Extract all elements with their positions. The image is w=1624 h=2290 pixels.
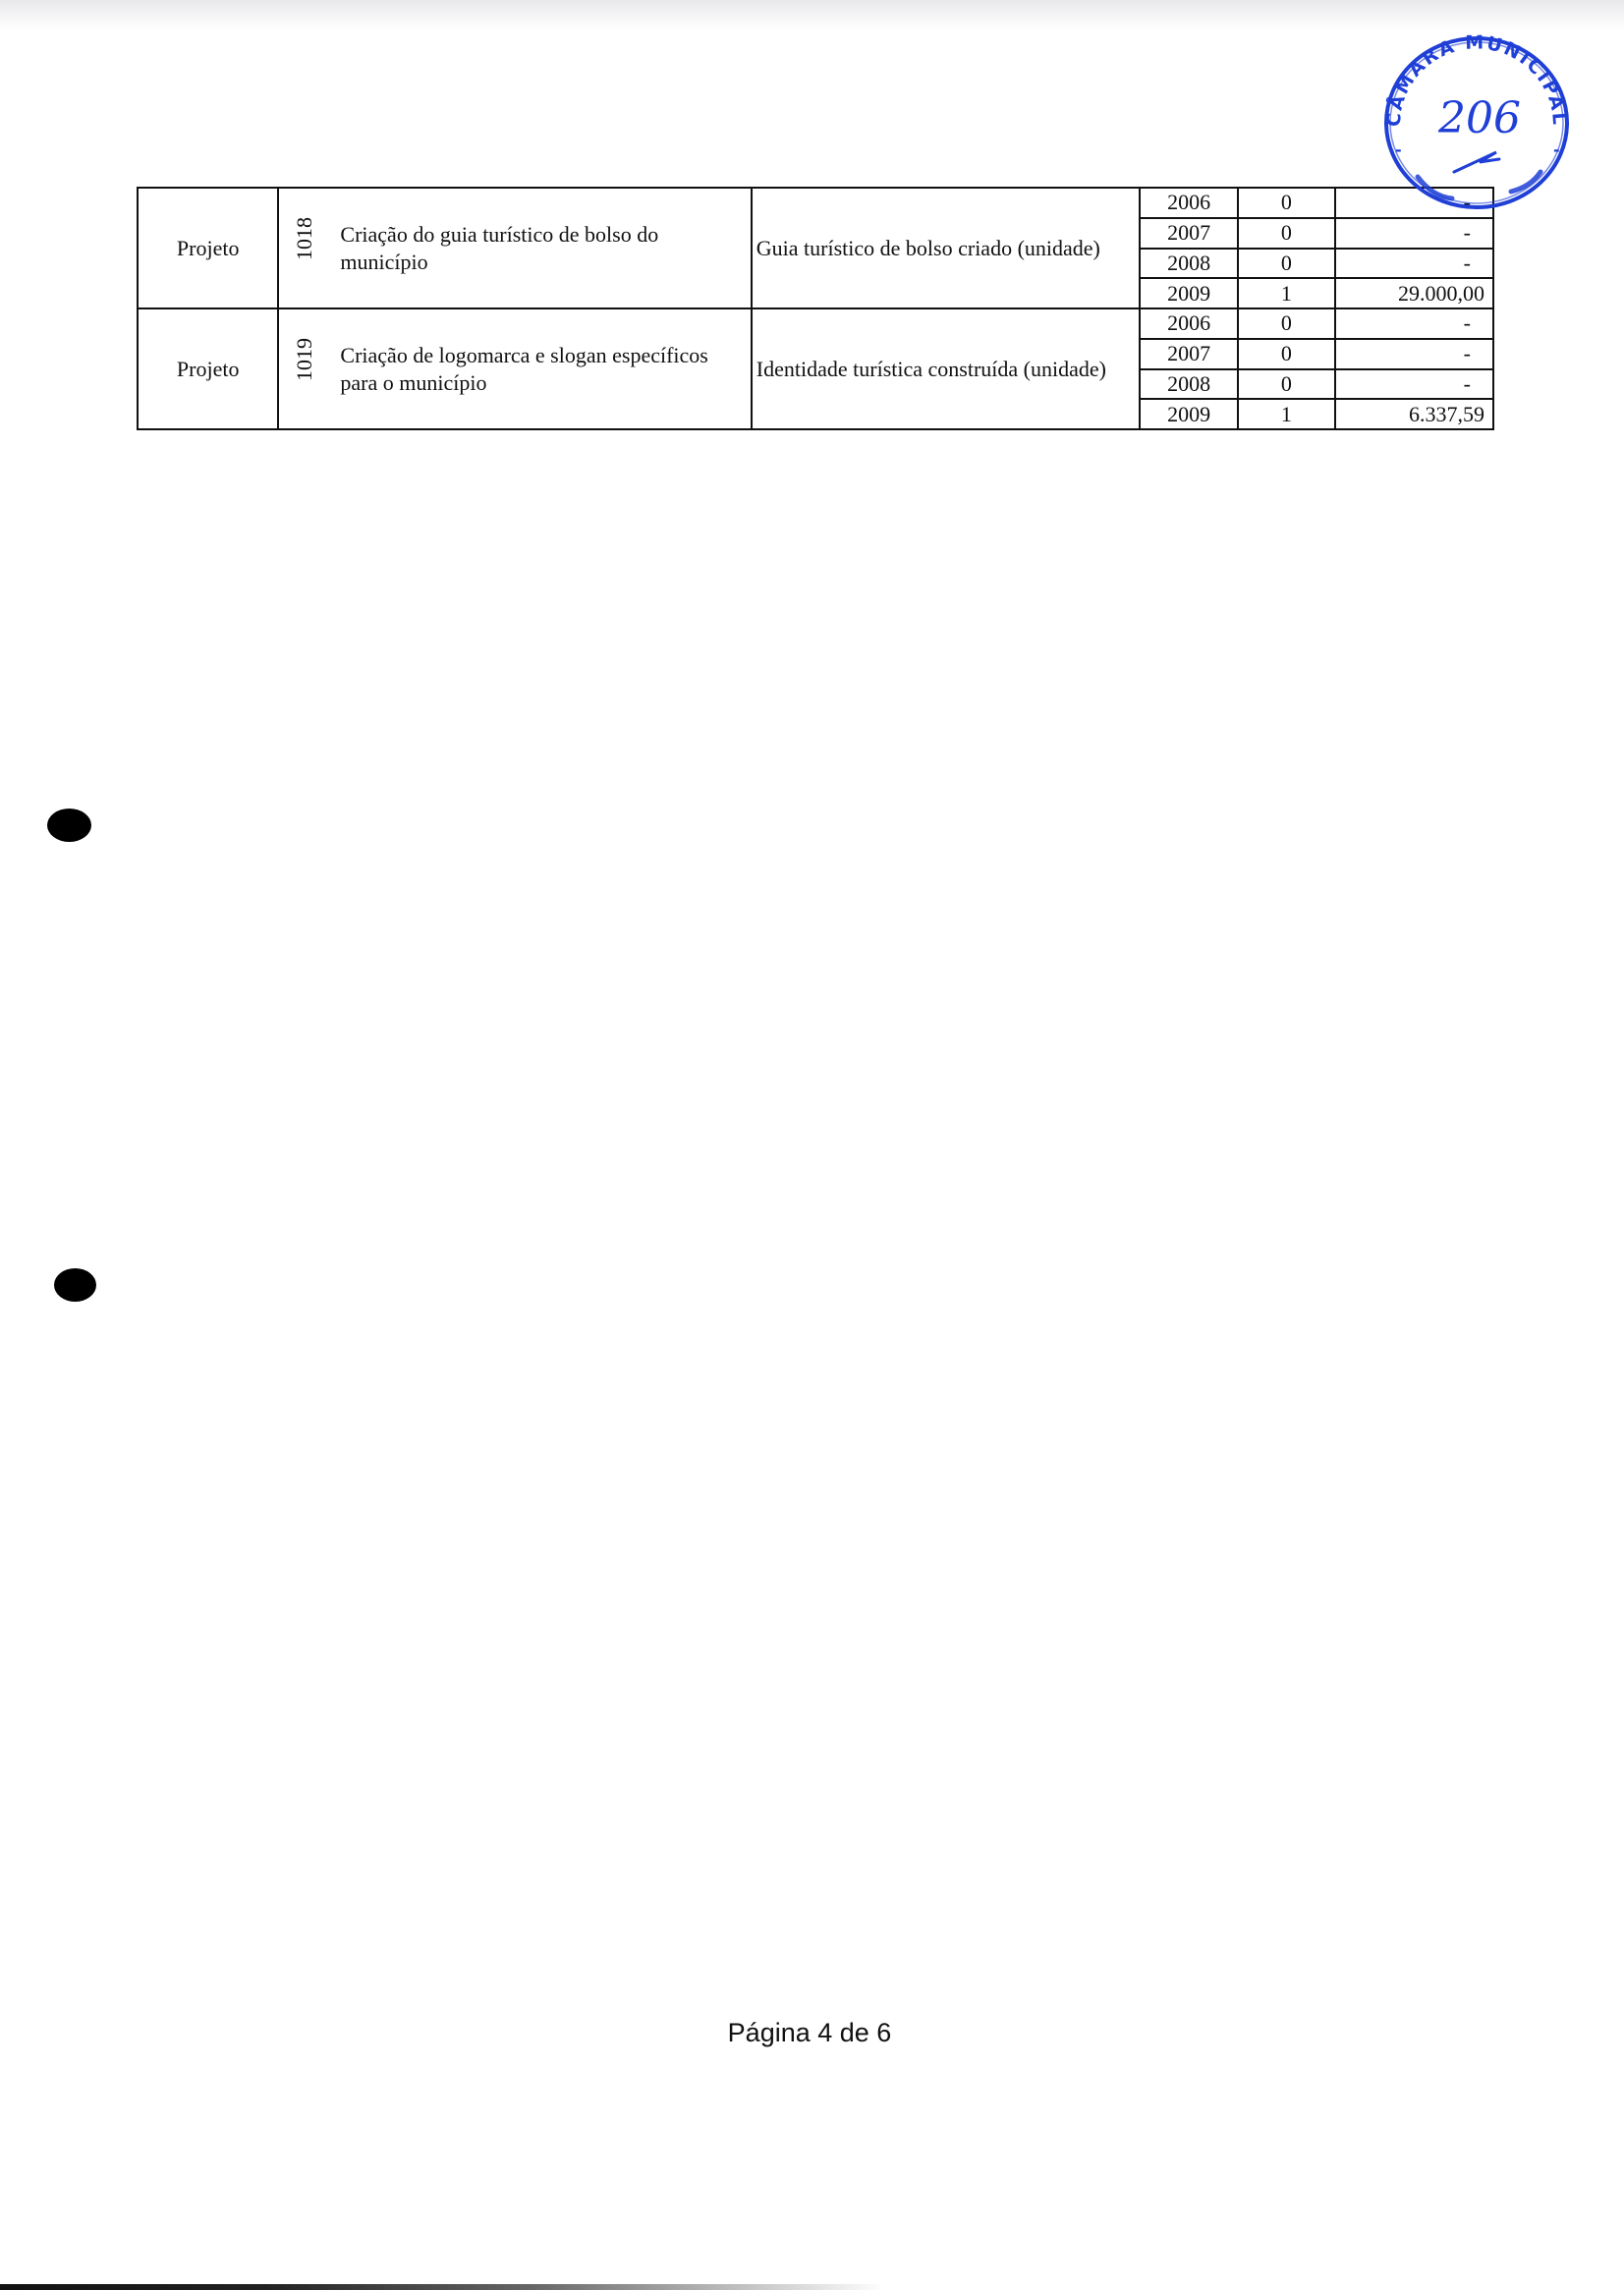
value: -	[1335, 339, 1494, 369]
page-number: Página 4 de 6	[0, 2018, 1624, 2048]
quantity: 0	[1238, 339, 1334, 369]
punch-hole	[47, 809, 91, 842]
svg-text:-: -	[1553, 140, 1560, 159]
budget-table: Projeto 1018 Criação do guia turístico d…	[137, 187, 1494, 430]
stamp-handwritten-number: 206	[1437, 93, 1521, 143]
value: -	[1335, 369, 1494, 400]
year: 2006	[1140, 308, 1238, 339]
value: -	[1335, 218, 1494, 249]
value: 29.000,00	[1335, 278, 1494, 308]
signature-icon	[1454, 152, 1499, 172]
year: 2009	[1140, 399, 1238, 429]
quantity: 0	[1238, 308, 1334, 339]
value: 6.337,59	[1335, 399, 1494, 429]
quantity: 0	[1238, 188, 1334, 218]
action-code: 1018	[293, 237, 316, 260]
quantity: 0	[1238, 249, 1334, 279]
action-type: Projeto	[138, 308, 278, 429]
year: 2007	[1140, 218, 1238, 249]
year: 2007	[1140, 339, 1238, 369]
quantity: 1	[1238, 399, 1334, 429]
value: -	[1335, 249, 1494, 279]
quantity: 1	[1238, 278, 1334, 308]
punch-hole	[54, 1268, 96, 1302]
action-type: Projeto	[138, 188, 278, 308]
year: 2008	[1140, 369, 1238, 400]
year: 2008	[1140, 249, 1238, 279]
table-row: Projeto 1018 Criação do guia turístico d…	[138, 188, 1493, 218]
svg-text:-: -	[1395, 140, 1402, 159]
quantity: 0	[1238, 369, 1334, 400]
indicator: Identidade turística construída (unidade…	[752, 308, 1140, 429]
official-stamp: CÂMARA MUNICIPAL - - 206	[1373, 29, 1580, 216]
value: -	[1335, 308, 1494, 339]
year: 2006	[1140, 188, 1238, 218]
scan-top-shade	[0, 0, 1624, 29]
action-cell: 1018 Criação do guia turístico de bolso …	[278, 188, 751, 308]
action-description: Criação do guia turístico de bolso do mu…	[340, 221, 738, 276]
action-description: Criação de logomarca e slogan específico…	[340, 342, 738, 397]
quantity: 0	[1238, 218, 1334, 249]
action-code: 1019	[293, 358, 316, 381]
scan-bottom-edge	[0, 2284, 884, 2290]
indicator: Guia turístico de bolso criado (unidade)	[752, 188, 1140, 308]
year: 2009	[1140, 278, 1238, 308]
table-row: Projeto 1019 Criação de logomarca e slog…	[138, 308, 1493, 339]
action-cell: 1019 Criação de logomarca e slogan espec…	[278, 308, 751, 429]
